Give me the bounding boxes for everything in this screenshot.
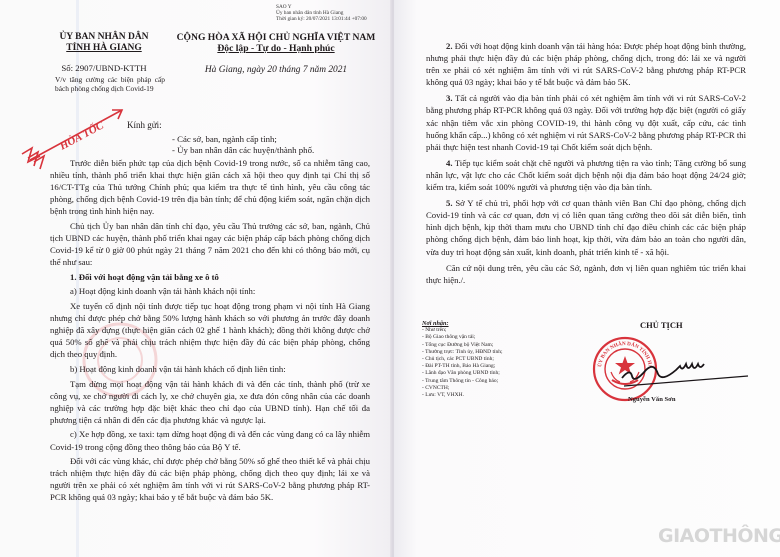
copy-timestamp: Thời gian ký: 20/07/2021 13:01:44 +07:00 [276,16,367,22]
subsection-heading: b) Hoạt động kinh doanh vận tải hành khá… [50,363,370,375]
recipients-title: Nơi nhận: [422,320,503,327]
item-number: 3. [446,93,453,103]
item-text: Đối với hoạt động kinh doanh vận tải hàn… [426,41,746,87]
item-number: 5. [446,198,453,208]
document-subject: V/v tăng cường các biện pháp cấp bách ph… [55,76,165,93]
item-text: Tiếp tục kiểm soát chặt chẽ người và phư… [426,158,746,192]
body-paragraph: Tạm dừng mọi hoạt động vận tải hành khác… [50,378,370,426]
numbered-item: 3. Tất cả người vào địa bàn tỉnh phải có… [426,92,746,152]
motto: Độc lập - Tự do - Hạnh phúc [166,43,386,54]
recipients-item: - Tổng cục Đường bộ Việt Nam; [422,342,503,349]
item-number: 4. [446,158,453,168]
signer-title: CHỦ TỊCH [640,320,683,330]
body-paragraph: Đối với các vùng khác, chỉ được phép chở… [50,455,370,503]
digital-copy-stamp: SAO Y Ủy ban nhân dân tỉnh Hà Giang Thời… [276,4,367,23]
right-page-body: 2. Đối với hoạt động kinh doanh vận tải … [426,40,746,290]
org-line-2: TỈNH HÀ GIANG [44,43,164,54]
nation-name: CỘNG HÒA XÃ HỘI CHỦ NGHĨA VIỆT NAM [166,32,386,43]
publisher-watermark: GIAOTHÔNG [658,525,780,547]
national-motto: CỘNG HÒA XÃ HỘI CHỦ NGHĨA VIỆT NAM Độc l… [166,32,386,54]
org-line-1: ỦY BAN NHÂN DÂN [44,32,164,43]
svg-text:HỎA TỐC: HỎA TỐC [56,118,106,153]
closing-paragraph: Căn cứ nội dung trên, yêu cầu các Sở, ng… [426,262,746,286]
item-text: Sở Y tế chủ trì, phối hợp với cơ quan th… [426,198,746,256]
body-paragraph: Trước diễn biến phức tạp của dịch bệnh C… [50,157,370,217]
recipients-item: - Bộ Giao thông vận tải; [422,334,503,341]
salutation-recipients: - Các sở, ban, ngành cấp tỉnh; - Ủy ban … [172,134,314,156]
recipients-item: - Lãnh đạo Văn phòng UBND tỉnh; [422,370,503,377]
recipients-item: - Lưu: VT, VHXH. [422,392,503,399]
salutation-label: Kính gửi: [127,120,162,130]
body-paragraph: Chủ tịch Ủy ban nhân dân tỉnh chỉ đạo, y… [50,220,370,268]
recipients-block: Nơi nhận: - Như trên; - Bộ Giao thông vậ… [422,320,503,399]
recipients-item: - Đài PT-TH tỉnh, Báo Hà Giang; [422,363,503,370]
subsection-heading: a) Hoạt động kinh doanh vận tải hành khá… [50,285,370,297]
body-paragraph: c) Xe hợp đồng, xe taxi: tạm dừng hoạt đ… [50,428,370,452]
recipients-item: - Chủ tịch, các PCT UBND tỉnh; [422,356,503,363]
numbered-item: 5. Sở Y tế chủ trì, phối hợp với cơ quan… [426,197,746,257]
handwritten-signature-icon [620,350,750,390]
left-page-body: Trước diễn biến phức tạp của dịch bệnh C… [50,157,370,506]
recipients-item: - Thường trực: Tỉnh ủy, HĐND tỉnh; [422,349,503,356]
item-text: Tất cả người vào địa bàn tỉnh phải có xé… [426,93,746,151]
issuing-org: ỦY BAN NHÂN DÂN TỈNH HÀ GIANG [44,32,164,54]
section-heading: 1. Đối với hoạt động vận tải bằng xe ô t… [50,271,370,283]
body-paragraph: Xe tuyến cố định nội tỉnh được tiếp tục … [50,300,370,360]
item-number: 2. [446,41,453,51]
date-line: Hà Giang, ngày 20 tháng 7 năm 2021 [166,65,386,75]
recipient-line: - Các sở, ban, ngành cấp tỉnh; [172,134,314,145]
recipients-item: - CVNCTH; [422,385,503,392]
recipient-line: - Ủy ban nhân dân các huyện/thành phố. [172,145,314,156]
recipients-item: - Trung tâm Thông tin - Công báo; [422,378,503,385]
numbered-item: 2. Đối với hoạt động kinh doanh vận tải … [426,40,746,88]
document-number: Số: 2907/UBND-KTTH [44,63,164,73]
numbered-item: 4. Tiếp tục kiểm soát chặt chẽ người và … [426,157,746,193]
recipients-item: - Như trên; [422,327,503,334]
signer-name: Nguyễn Văn Sơn [628,396,676,403]
